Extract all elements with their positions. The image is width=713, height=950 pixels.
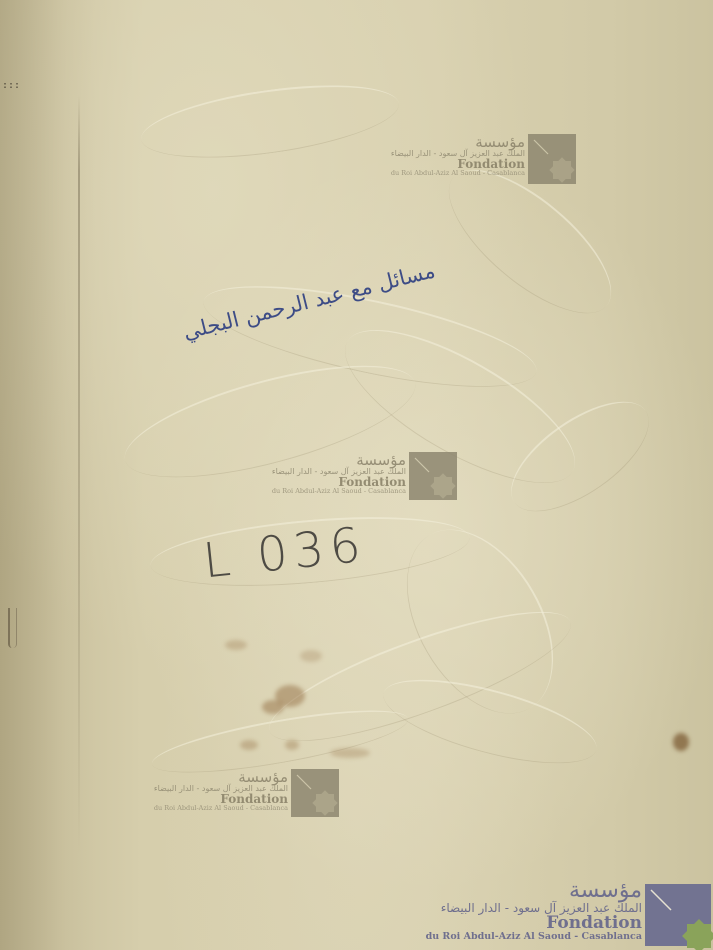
document-page: ::: مسائل مع عبد الرحمن البجلي L 036 مؤس… [0, 0, 713, 950]
edge-mark: ::: [2, 80, 20, 91]
watermark-french-subtitle: du Roi Abdul-Aziz Al Saoud - Casablanca [391, 170, 525, 177]
watermark-arabic-title: مؤسسة [356, 453, 406, 468]
foundation-logo-icon [528, 134, 576, 184]
foundation-logo-icon [291, 769, 339, 817]
watermark-corner: مؤسسة الملك عبد العزيز آل سعود - الدار ا… [382, 872, 711, 950]
watermark-french-subtitle: du Roi Abdul-Aziz Al Saoud - Casablanca [272, 488, 406, 495]
watermark-lower: مؤسسة الملك عبد العزيز آل سعود - الدار ا… [122, 763, 339, 819]
foundation-logo-icon [409, 452, 457, 500]
watermark-french-subtitle: du Roi Abdul-Aziz Al Saoud - Casablanca [426, 932, 642, 942]
watermark-french-subtitle: du Roi Abdul-Aziz Al Saoud - Casablanca [154, 805, 288, 812]
watermark-arabic-title: مؤسسة [238, 770, 288, 785]
watermark-top: مؤسسة الملك عبد العزيز آل سعود - الدار ا… [360, 128, 576, 184]
watermark-french-title: Fondation [546, 915, 642, 932]
watermark-middle: مؤسسة الملك عبد العزيز آل سعود - الدار ا… [240, 446, 457, 502]
edge-scratch [8, 608, 17, 648]
foundation-logo-icon [645, 884, 711, 946]
watermark-arabic-title: مؤسسة [475, 135, 525, 150]
watermark-arabic-title: مؤسسة [569, 880, 642, 902]
